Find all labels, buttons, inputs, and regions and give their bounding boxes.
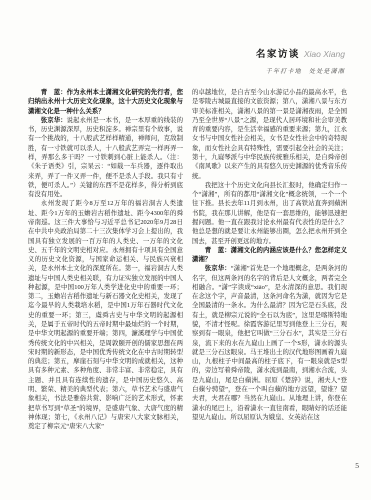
interviewer-name: 青 蓝： <box>41 89 67 96</box>
answer-paragraph: 永州发现了距今8万至12万年的福岩洞古人类遗址、距今1万年的玉蟾岩古稻作遗址、距… <box>28 199 183 431</box>
section-heading: 名家访谈Xiao Xiang <box>256 44 345 62</box>
section-title: 名家访谈 <box>256 49 300 60</box>
answer-paragraph: 张京华：“潇湘”首先是一个地理概念，是两条河的名字，但这两条河的名字的背后是人文… <box>192 264 347 422</box>
interviewee-name: 张京华： <box>41 117 67 124</box>
section-title-pinyin: Xiao Xiang <box>304 49 345 59</box>
answer-text: “潇湘”首先是一个地理概念，是两条河的名字，但这两条河的名字的背后是人文概念，两… <box>192 265 347 421</box>
answer-text: 说起永州是一本书，是一本厚重的线装的书，历史渊源深厚，历史积淀多。禅宗里有个故事… <box>28 117 183 198</box>
question-paragraph: 青 蓝：作为永州本土潇湘文化研究的先行者，您归纳出永州十大历史文化现象，这十大历… <box>28 88 183 116</box>
section-tagline: 千年打卡地 处处是潇湘 <box>256 66 345 75</box>
article-body: 青 蓝：作为永州本土潇湘文化研究的先行者，您归纳出永州十大历史文化现象，这十大历… <box>28 88 347 431</box>
interviewee-name: 张京华： <box>205 265 231 272</box>
answer-paragraph: 张京华：说起永州是一本书，是一本厚重的线装的书，历史渊源深厚，历史积淀多。禅宗里… <box>28 116 183 200</box>
interviewer-name: 青 蓝： <box>205 247 231 254</box>
magazine-page: 名家访谈Xiao Xiang 千年打卡地 处处是潇湘 青 蓝：作为永州本土潇湘文… <box>0 0 371 500</box>
answer-text: 的卓越地位，是自古至今山水游记小品的最高水平，也是零陵古城最直接的文旅资源；第八… <box>192 89 347 180</box>
question-paragraph: 青 蓝：潇湘文化的内涵应该是什么？您怎样定义潇湘？ <box>192 246 347 265</box>
page-header: 名家访谈Xiao Xiang 千年打卡地 处处是潇湘 <box>256 44 345 75</box>
column-left: 青 蓝：作为永州本土潇湘文化研究的先行者，您归纳出永州十大历史文化现象，这十大历… <box>28 88 183 431</box>
answer-text: 我把这十个历史文化向县长汇报时，他确定归作一个“潇湘”，所有的都用“潇湘文化”概… <box>192 182 347 245</box>
answer-paragraph: 我把这十个历史文化向县长汇报时，他确定归作一个“潇湘”，所有的都用“潇湘文化”概… <box>192 181 347 246</box>
answer-text: 永州发现了距今8万至12万年的福岩洞古人类遗址、距今1万年的玉蟾岩古稻作遗址、距… <box>28 200 183 430</box>
page-number: 5 <box>355 461 359 470</box>
column-right: 的卓越地位，是自古至今山水游记小品的最高水平，也是零陵古城最直接的文旅资源；第八… <box>192 88 347 431</box>
answer-paragraph-continued: 的卓越地位，是自古至今山水游记小品的最高水平，也是零陵古城最直接的文旅资源；第八… <box>192 88 347 181</box>
